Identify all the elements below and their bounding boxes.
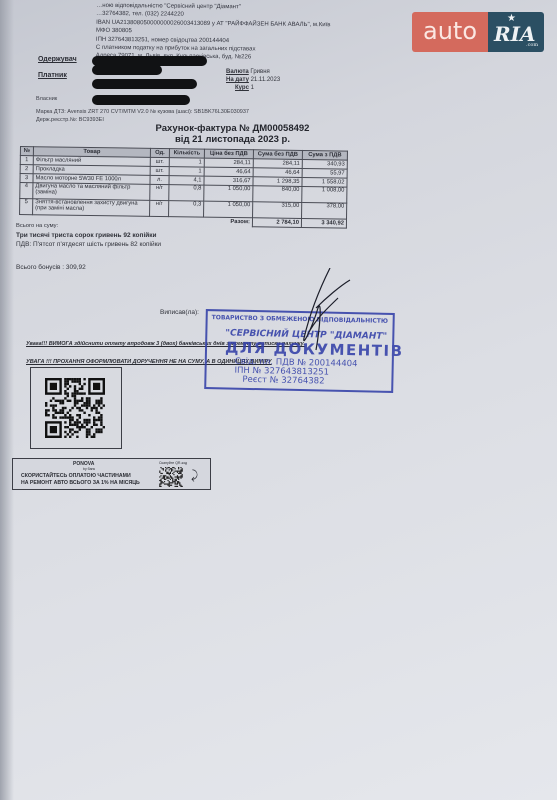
qr-code-icon xyxy=(45,378,105,438)
row-qty: 1 xyxy=(169,158,204,167)
handwritten-signature xyxy=(290,268,360,353)
row-number: 1 xyxy=(20,156,33,165)
vehicle-details: Марка ДТЗ: Avensis ZRT 270 CVT/MTM V2.0 … xyxy=(36,108,249,124)
date-row: На дату 21.11.2023 xyxy=(226,76,280,84)
supplier-details: …ною відповідальністю "Сервісний центр "… xyxy=(96,2,331,63)
row-price: 1 050,00 xyxy=(204,185,253,202)
row-unit: л. xyxy=(150,175,169,184)
issued-by-label: Виписав(ла): xyxy=(160,308,199,317)
logo-ria: ★ RIA .com xyxy=(488,12,544,52)
row-item: Двигуна масло та масляний фільтр (заміна… xyxy=(33,183,150,201)
invoice-date: від 21 листопада 2023 р. xyxy=(130,134,335,145)
row-number: 4 xyxy=(20,183,33,199)
redacted-owner xyxy=(92,95,190,105)
summary-block: Всього на суму: Три тисячі триста сорок … xyxy=(16,222,246,249)
invoice-title: Рахунок-фактура № ДМ00058492 xyxy=(130,123,335,134)
total-sum: 2 784,10 xyxy=(252,218,301,228)
row-qty: 1 xyxy=(169,167,204,176)
curved-arrow-icon: ⤸ xyxy=(191,468,198,483)
redacted-payer xyxy=(92,79,197,89)
installment-promo-banner[interactable]: PONOVA by банк СКОРИСТАЙТЕСЬ ОПЛАТОЮ ЧАС… xyxy=(12,458,211,490)
date-value: 21.11.2023 xyxy=(251,77,281,83)
owner-label: Власник xyxy=(36,96,57,102)
autoria-watermark: auto ★ RIA .com xyxy=(412,12,544,52)
row-qty: 0,8 xyxy=(169,185,204,201)
rate-row: Курс 1 xyxy=(226,84,280,92)
items-table: № Товар Од. Кількість Ціна без ПДВ Сума … xyxy=(19,146,348,229)
vehicle-model: Марка ДТЗ: Avensis ZRT 270 CVT/MTM V2.0 … xyxy=(36,108,249,116)
currency-label: Валюта xyxy=(226,69,249,75)
promo-qr-icon xyxy=(159,467,183,487)
col-unit: Од. xyxy=(150,148,169,157)
logo-ria-com: .com xyxy=(526,42,538,48)
promo-qr-label: Скануйте QR-код xyxy=(159,461,187,465)
total-in-words: Три тисячі триста сорок гривень 92 копій… xyxy=(16,231,246,240)
row-unit: шт. xyxy=(150,157,169,166)
logo-auto: auto xyxy=(412,12,488,52)
total-amount-label: Всього на суму: xyxy=(16,222,246,231)
row-sum-vat: 1 008,00 xyxy=(302,186,347,203)
redacted-receiver-2 xyxy=(92,65,162,75)
photo-edge-shadow xyxy=(0,0,14,800)
currency-meta: Валюта Гривня На дату 21.11.2023 Курс 1 xyxy=(226,68,280,92)
bonus-total: Всього бонусів : 309,92 xyxy=(16,263,86,272)
payer-label: Платник xyxy=(38,72,67,79)
row-item: Зняття-встановлення захисту двигуна (при… xyxy=(33,199,150,217)
row-number: 2 xyxy=(20,165,33,174)
row-qty: 4,1 xyxy=(169,176,204,185)
row-number: 3 xyxy=(20,174,33,183)
rate-label: Курс xyxy=(235,85,249,91)
row-qty: 0,3 xyxy=(169,201,204,217)
row-unit: шт. xyxy=(150,166,169,175)
promo-subline: НА РЕМОНТ АВТО ВСЬОГО ЗА 1% НА МІСЯЦЬ xyxy=(21,480,140,486)
currency-value: Гривня xyxy=(250,69,269,75)
total-sum-vat: 3 340,92 xyxy=(301,218,346,228)
currency-row: Валюта Гривня xyxy=(226,68,280,76)
row-sum-vat: 378,00 xyxy=(302,202,347,219)
promo-headline: СКОРИСТАЙТЕСЬ ОПЛАТОЮ ЧАСТИНАМИ xyxy=(21,473,131,479)
rate-value: 1 xyxy=(251,85,254,91)
vat-in-words: ПДВ: П'ятсот п'ятдесят шість гривень 82 … xyxy=(16,240,246,249)
invoice-heading: Рахунок-фактура № ДМ00058492 від 21 лист… xyxy=(130,123,335,145)
row-unit: н/г xyxy=(150,184,169,200)
receiver-label: Одержувач xyxy=(38,56,77,63)
row-price: 1 050,00 xyxy=(204,201,253,218)
col-number: № xyxy=(20,147,33,156)
row-unit: н/г xyxy=(150,200,169,216)
payment-qr-code[interactable] xyxy=(30,367,122,449)
stamp-registry: Реєст № 32764382 xyxy=(242,375,324,387)
row-sum: 840,00 xyxy=(253,186,302,203)
promo-brand-sub: by банк xyxy=(83,467,95,471)
date-label: На дату xyxy=(226,77,249,83)
row-sum: 315,00 xyxy=(253,202,302,219)
row-number: 5 xyxy=(20,199,33,215)
col-qty: Кількість xyxy=(169,149,204,158)
